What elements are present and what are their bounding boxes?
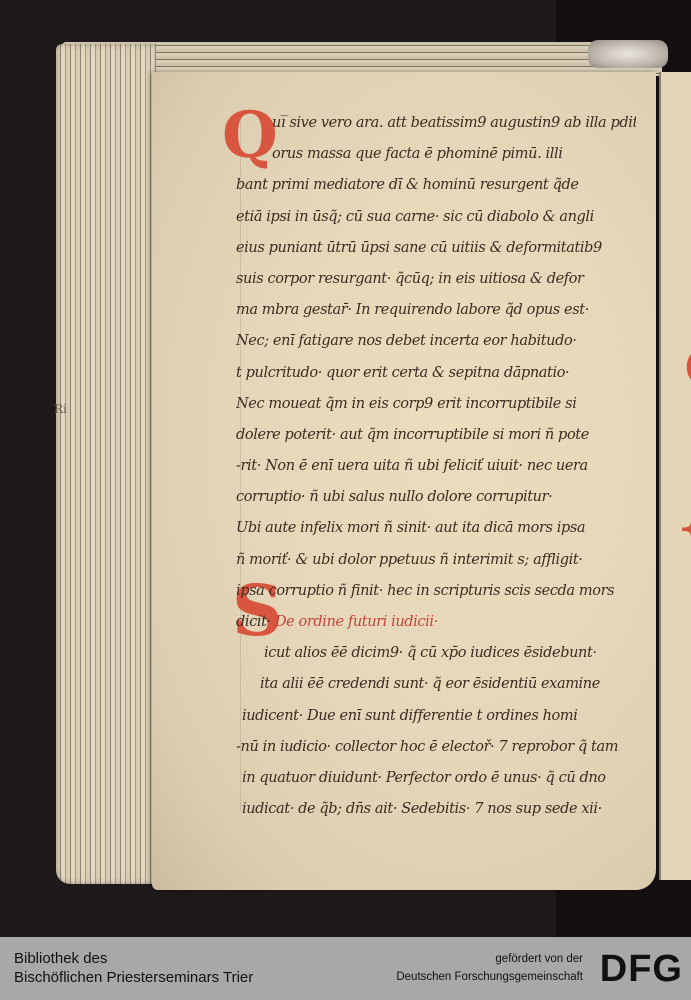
text-line: ipsa corruptio ñ finit· hec in scripturi… <box>236 576 636 607</box>
manuscript-scan: Ri ( { Q S ui̅ sive vero ara. att beatis… <box>0 0 691 937</box>
text-line: icut alios ēē dicim9· q̃ cū xp̄o iudices… <box>236 638 636 669</box>
text-line: in quatuor diuidunt· Perfector ordo ē un… <box>236 763 636 794</box>
text-line: -nū in iudicio· collector hoc ē electoř·… <box>236 732 636 763</box>
manuscript-text: ui̅ sive vero ara. att beatissim9 august… <box>236 108 636 825</box>
text-line: iudicat· de q̃b; dn̄s ait· Sedebitis· 7 … <box>236 794 636 825</box>
text-line-with-rubric: dicit· De ordine futuri iudicii· <box>236 607 636 638</box>
text-line: etiā ipsi in ūsq̃; cū sua carne· sic cū … <box>236 202 636 233</box>
text-line: dolere poterit· aut q̃m incorruptibile s… <box>236 420 636 451</box>
text-line: ma mbra gestar̄· In requirendo labore q̃… <box>236 295 636 326</box>
library-name-line1: Bibliothek des <box>14 949 253 968</box>
facing-page-red-initial-top: ( <box>683 342 691 389</box>
text-line: Ubi aute infelix mori ñ sinit· aut ita d… <box>236 513 636 544</box>
text-line: Nec moueat q̃m in eis corp9 erit incorru… <box>236 389 636 420</box>
text-line: -rit· Non ē enī uera uita ñ ubi feliciť … <box>236 451 636 482</box>
library-name-line2: Bischöflichen Priesterseminars Trier <box>14 968 253 987</box>
text-line: ui̅ sive vero ara. att beatissim9 august… <box>236 108 636 139</box>
text-line: orus massa que facta ē phominē pimū. ill… <box>236 139 636 170</box>
funding-credit: gefördert von der Deutschen Forschungsge… <box>396 950 583 986</box>
funding-line2: Deutschen Forschungsgemeinschaft <box>396 968 583 986</box>
facing-page-edge: ( { <box>659 72 691 880</box>
text-line: suis corpor resurgant· q̃cūq; in eis uit… <box>236 264 636 295</box>
facing-page-red-initial-bottom: { <box>677 492 691 562</box>
funding-line1: gefördert von der <box>396 950 583 968</box>
text-line: t pulcritudo· quor erit certa & sepitna … <box>236 358 636 389</box>
binding-thread <box>588 40 668 68</box>
rubric-heading: De ordine futuri iudicii· <box>275 614 438 630</box>
text-line: ñ moriť· & ubi dolor ppetuus ñ interimit… <box>236 545 636 576</box>
library-name: Bibliothek des Bischöflichen Priestersem… <box>14 949 253 987</box>
margin-note: Ri <box>54 402 67 416</box>
text-line: bant primi mediatore dī & hominū resurge… <box>236 170 636 201</box>
text-fragment: dicit· <box>236 614 271 630</box>
text-line: ita alii ēē credendi sunt· q̃ eor ēsiden… <box>236 669 636 700</box>
footer-banner: Bibliothek des Bischöflichen Priestersem… <box>0 937 691 1000</box>
page-stack-fore-edge <box>56 44 156 884</box>
text-line: eius puniant ūtrū ūpsi sane cū uitiis & … <box>236 233 636 264</box>
text-line: Nec; enī fatigare nos debet incerta eor … <box>236 326 636 357</box>
text-line: corruptio· ñ ubi salus nullo dolore corr… <box>236 482 636 513</box>
text-line: iudicent· Due enī sunt differentie t ord… <box>236 701 636 732</box>
dfg-logo: DFG <box>600 949 683 989</box>
